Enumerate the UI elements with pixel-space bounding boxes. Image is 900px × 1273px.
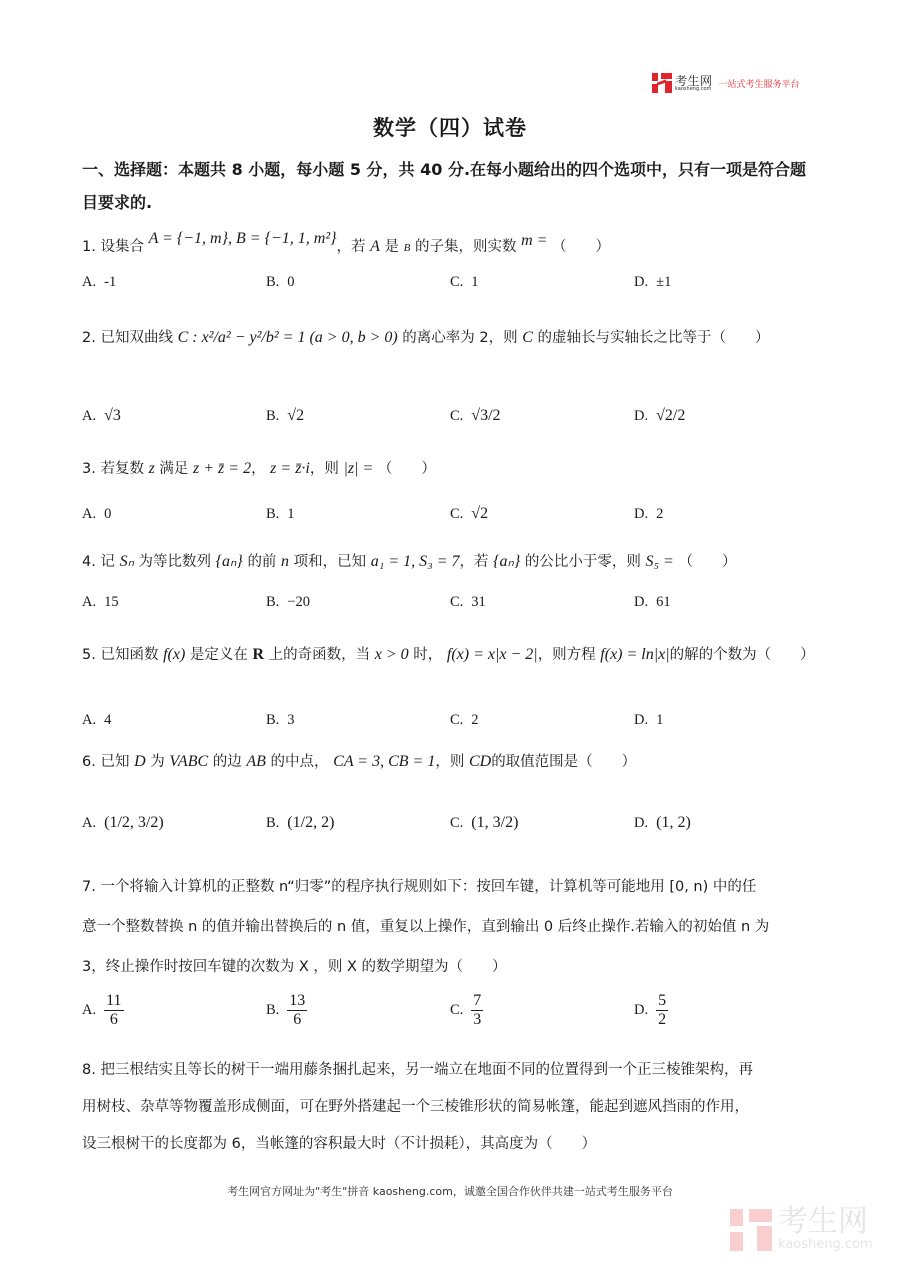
math-expression: Sₙ — [120, 553, 134, 570]
option-label: A. — [82, 408, 96, 425]
option-label: D. — [634, 815, 648, 832]
option-value: -1 — [104, 274, 116, 291]
brand-logo-icon — [652, 73, 672, 93]
denominator: 6 — [110, 1011, 118, 1029]
math-expression: D — [134, 753, 146, 770]
option-value: 2 — [471, 712, 478, 729]
option-value: (1, 2) — [656, 814, 691, 832]
options-q3: A.0 B.1 C.√2 D.2 — [82, 505, 822, 523]
fraction: 116 — [104, 992, 123, 1029]
numerator: 13 — [287, 992, 307, 1011]
question-text: ，则 — [435, 754, 464, 770]
options-q7: A.116 B.136 C.73 D.52 — [82, 990, 822, 1030]
question-6: 6. 已知 D 为 VABC 的边 AB 的中点， CA = 3, CB = 1… — [82, 751, 822, 773]
options-q1: A.-1 B.0 C.1 D.±1 — [82, 274, 822, 291]
option-value: (1/2, 3/2) — [104, 814, 164, 832]
option-label: D. — [634, 712, 648, 729]
math-expression: AB — [246, 753, 266, 770]
option-a[interactable]: A.116 — [82, 990, 266, 1030]
option-label: B. — [266, 594, 279, 611]
option-label: A. — [82, 594, 96, 611]
question-text: ，则 — [310, 461, 339, 477]
question-text: （ ） — [378, 461, 436, 477]
logo-slogan: 一站式考生服务平台 — [719, 77, 800, 90]
question-3: 3. 若复数 z 满足 z + z̄ = 2， z = z̄·i，则 |z| =… — [82, 458, 822, 480]
option-value: 2 — [656, 506, 663, 523]
option-c[interactable]: C.31 — [450, 594, 634, 611]
math-expression: m = — [521, 232, 547, 249]
option-c[interactable]: C.2 — [450, 712, 634, 729]
option-label: B. — [266, 506, 279, 523]
option-label: D. — [634, 274, 648, 291]
question-text: 为 — [150, 754, 165, 770]
option-b[interactable]: B.(1/2, 2) — [266, 804, 450, 842]
question-text: ，若 — [337, 239, 366, 255]
question-number: 3. — [82, 461, 96, 477]
option-value: √3 — [104, 407, 121, 425]
option-value: 15 — [104, 594, 119, 611]
option-a[interactable]: A.-1 — [82, 274, 266, 291]
math-expression: z — [149, 460, 155, 477]
math-expression: A — [370, 238, 380, 255]
question-text: 把三根结实且等长的树干一端用藤条捆扎起来，另一端立在地面不同的位置得到一个正三棱… — [100, 1062, 753, 1078]
question-text: 是 — [385, 239, 400, 255]
option-value: 4 — [104, 712, 111, 729]
option-a[interactable]: A.0 — [82, 505, 266, 523]
question-text: 的虚轴长与实轴长之比等于（ ） — [538, 330, 770, 346]
option-value: ±1 — [656, 274, 671, 291]
option-b[interactable]: B.0 — [266, 274, 450, 291]
question-text: ，若 — [459, 554, 488, 570]
question-text: （ ） — [552, 239, 610, 255]
math-expression: C : x²/a² − y²/b² = 1 (a > 0, b > 0) — [178, 329, 398, 346]
option-d[interactable]: D.√2/2 — [634, 396, 818, 436]
question-text: 满足 — [159, 461, 188, 477]
watermark-logo-icon — [730, 1209, 772, 1251]
math-expression: VABC — [169, 753, 208, 770]
question-2: 2. 已知双曲线 C : x²/a² − y²/b² = 1 (a > 0, b… — [82, 327, 822, 349]
question-text: 的前 — [247, 554, 276, 570]
fraction: 52 — [656, 992, 668, 1029]
question-number: 4. — [82, 554, 96, 570]
option-value: 1 — [471, 274, 478, 291]
math-expression: B — [404, 242, 411, 254]
watermark: 考生网 kaosheng.com — [730, 1207, 873, 1252]
question-text: 的离心率为 2，则 — [402, 330, 517, 346]
question-text: 时， — [413, 647, 442, 663]
option-label: A. — [82, 712, 96, 729]
option-a[interactable]: A.(1/2, 3/2) — [82, 804, 266, 842]
option-value: (1/2, 2) — [287, 814, 334, 832]
option-label: C. — [450, 1002, 463, 1019]
denominator: 6 — [293, 1011, 301, 1029]
option-label: C. — [450, 815, 463, 832]
options-q6: A.(1/2, 3/2) B.(1/2, 2) C.(1, 3/2) D.(1,… — [82, 804, 822, 842]
option-label: A. — [82, 815, 96, 832]
option-value: √2 — [287, 407, 304, 425]
question-text: 设集合 — [100, 239, 144, 255]
logo-name: 考生网 — [675, 75, 713, 87]
question-text: 意一个整数替换 n 的值并输出替换后的 n 值，重复以上操作，直到输出 0 后终… — [82, 907, 822, 947]
option-value: 31 — [471, 594, 486, 611]
watermark-domain: kaosheng.com — [778, 1237, 873, 1252]
math-expression: R — [252, 646, 264, 663]
option-label: D. — [634, 1002, 648, 1019]
question-text: 记 — [100, 554, 115, 570]
question-text: 的取值范围是（ ） — [491, 754, 636, 770]
logo-domain: kaosheng.com — [675, 87, 713, 92]
question-text: 为等比数列 — [139, 554, 212, 570]
question-number: 5. — [82, 647, 96, 663]
math-expression: CD — [469, 753, 491, 770]
watermark-name: 考生网 — [778, 1207, 873, 1237]
option-d[interactable]: D.61 — [634, 594, 818, 611]
question-number: 8. — [82, 1062, 96, 1078]
question-text: 的边 — [213, 754, 242, 770]
question-text: 的子集，则实数 — [415, 239, 517, 255]
option-value: 61 — [656, 594, 671, 611]
question-text: 是定义在 — [190, 647, 248, 663]
denominator: 3 — [473, 1011, 481, 1029]
math-expression: C — [522, 329, 533, 346]
question-text: 上的奇函数，当 — [269, 647, 371, 663]
option-label: D. — [634, 594, 648, 611]
option-label: B. — [266, 274, 279, 291]
question-5: 5. 已知函数 f(x) 是定义在 R 上的奇函数，当 x > 0 时， f(x… — [82, 634, 822, 676]
option-label: B. — [266, 408, 279, 425]
option-label: B. — [266, 712, 279, 729]
option-value: −20 — [287, 594, 310, 611]
denominator: 2 — [658, 1011, 666, 1029]
footer-text: 考生网官方网址为"考生"拼音 kaosheng.com，诚邀全国合作伙伴共建一站… — [0, 1183, 900, 1199]
option-value: 1 — [656, 712, 663, 729]
option-label: C. — [450, 712, 463, 729]
option-c[interactable]: C.√3/2 — [450, 396, 634, 436]
numerator: 7 — [471, 992, 483, 1011]
option-c[interactable]: C.1 — [450, 274, 634, 291]
question-7: 7. 一个将输入计算机的正整数 n“归零”的程序执行规则如下：按回车键，计算机等… — [82, 867, 822, 987]
option-label: B. — [266, 1002, 279, 1019]
option-label: B. — [266, 815, 279, 832]
header-logo: 考生网 kaosheng.com 一站式考生服务平台 — [652, 72, 800, 94]
question-text: ，则方程 — [538, 647, 596, 663]
option-value: (1, 3/2) — [471, 814, 518, 832]
numerator: 5 — [656, 992, 668, 1011]
option-b[interactable]: B.1 — [266, 505, 450, 523]
math-expression: x > 0 — [375, 646, 409, 663]
option-label: A. — [82, 1002, 96, 1019]
question-text: 用树枝、杂草等物覆盖形成侧面，可在野外搭建起一个三棱锥形状的简易帐篷，能起到遮风… — [82, 1089, 822, 1126]
option-d[interactable]: D.±1 — [634, 274, 818, 291]
math-expression: z = z̄·i — [270, 460, 310, 477]
option-value: 0 — [287, 274, 294, 291]
question-number: 7. — [82, 879, 96, 895]
question-text: （ ） — [678, 554, 736, 570]
question-text: 设三根树干的长度都为 6，当帐篷的容积最大时（不计损耗），其高度为（ ） — [82, 1126, 822, 1163]
numerator: 11 — [104, 992, 123, 1011]
option-c[interactable]: C.73 — [450, 990, 634, 1030]
option-b[interactable]: B.−20 — [266, 594, 450, 611]
options-q4: A.15 B.−20 C.31 D.61 — [82, 594, 822, 611]
question-text: 若复数 — [100, 461, 144, 477]
math-expression: {aₙ} — [493, 553, 520, 570]
options-q5: A.4 B.3 C.2 D.1 — [82, 712, 822, 729]
option-d[interactable]: D.1 — [634, 712, 818, 729]
option-label: D. — [634, 506, 648, 523]
option-value: 0 — [104, 506, 111, 523]
math-expression: S₅ = — [645, 553, 673, 570]
option-a[interactable]: A.√3 — [82, 396, 266, 436]
question-4: 4. 记 Sₙ 为等比数列 {aₙ} 的前 n 项和，已知 a₁ = 1, S₃… — [82, 551, 822, 573]
option-label: C. — [450, 274, 463, 291]
question-text: 项和，已知 — [294, 554, 367, 570]
question-number: 1. — [82, 239, 96, 255]
option-c[interactable]: C.(1, 3/2) — [450, 804, 634, 842]
option-label: C. — [450, 408, 463, 425]
option-value: √3/2 — [471, 407, 500, 425]
question-text: 的公比小于零，则 — [525, 554, 641, 570]
question-text: 已知 — [100, 754, 129, 770]
page-title: 数学（四）试卷 — [0, 112, 900, 142]
question-number: 2. — [82, 330, 96, 346]
option-label: A. — [82, 274, 96, 291]
math-expression: f(x) = x|x − 2| — [447, 646, 538, 663]
math-expression: n — [281, 553, 289, 570]
question-text: ， — [251, 461, 266, 477]
option-value: 1 — [287, 506, 294, 523]
question-text: 的解的个数为（ ） — [670, 647, 815, 663]
question-number: 6. — [82, 754, 96, 770]
question-text: 一个将输入计算机的正整数 n“归零”的程序执行规则如下：按回车键，计算机等可能地… — [100, 879, 756, 895]
option-d[interactable]: D.2 — [634, 505, 818, 523]
question-text: 3，终止操作时按回车键的次数为 X ，则 X 的数学期望为（ ） — [82, 947, 822, 987]
math-expression: f(x) = ln|x| — [600, 646, 669, 663]
question-text: 已知函数 — [100, 647, 158, 663]
option-c[interactable]: C.√2 — [450, 505, 634, 523]
option-a[interactable]: A.15 — [82, 594, 266, 611]
option-a[interactable]: A.4 — [82, 712, 266, 729]
option-b[interactable]: B.136 — [266, 990, 450, 1030]
option-label: C. — [450, 594, 463, 611]
math-expression: a₁ = 1, S₃ = 7 — [371, 553, 460, 570]
question-1: 1. 设集合 A = {−1, m}, B = {−1, 1, m²}，若 A … — [82, 236, 822, 259]
fraction: 136 — [287, 992, 307, 1029]
option-d[interactable]: D.(1, 2) — [634, 804, 818, 842]
option-value: 3 — [287, 712, 294, 729]
math-expression: {aₙ} — [216, 553, 243, 570]
section-heading: 一、选择题：本题共 8 小题，每小题 5 分，共 40 分.在每小题给出的四个选… — [82, 153, 822, 219]
math-expression: f(x) — [163, 646, 185, 663]
question-text: 已知双曲线 — [100, 330, 173, 346]
option-b[interactable]: B.3 — [266, 712, 450, 729]
question-8: 8. 把三根结实且等长的树干一端用藤条捆扎起来，另一端立在地面不同的位置得到一个… — [82, 1052, 822, 1163]
option-b[interactable]: B.√2 — [266, 396, 450, 436]
math-expression: A = {−1, m}, B = {−1, 1, m²} — [149, 230, 337, 247]
option-label: D. — [634, 408, 648, 425]
fraction: 73 — [471, 992, 483, 1029]
option-value: √2 — [471, 505, 488, 523]
option-label: A. — [82, 506, 96, 523]
option-d[interactable]: D.52 — [634, 990, 818, 1030]
math-expression: CA = 3, CB = 1 — [333, 753, 435, 770]
option-value: √2/2 — [656, 407, 685, 425]
math-expression: z + z̄ = 2 — [193, 460, 251, 477]
options-q2: A.√3 B.√2 C.√3/2 D.√2/2 — [82, 396, 822, 436]
option-label: C. — [450, 506, 463, 523]
question-text: 的中点， — [271, 754, 329, 770]
math-expression: |z| = — [343, 460, 373, 477]
